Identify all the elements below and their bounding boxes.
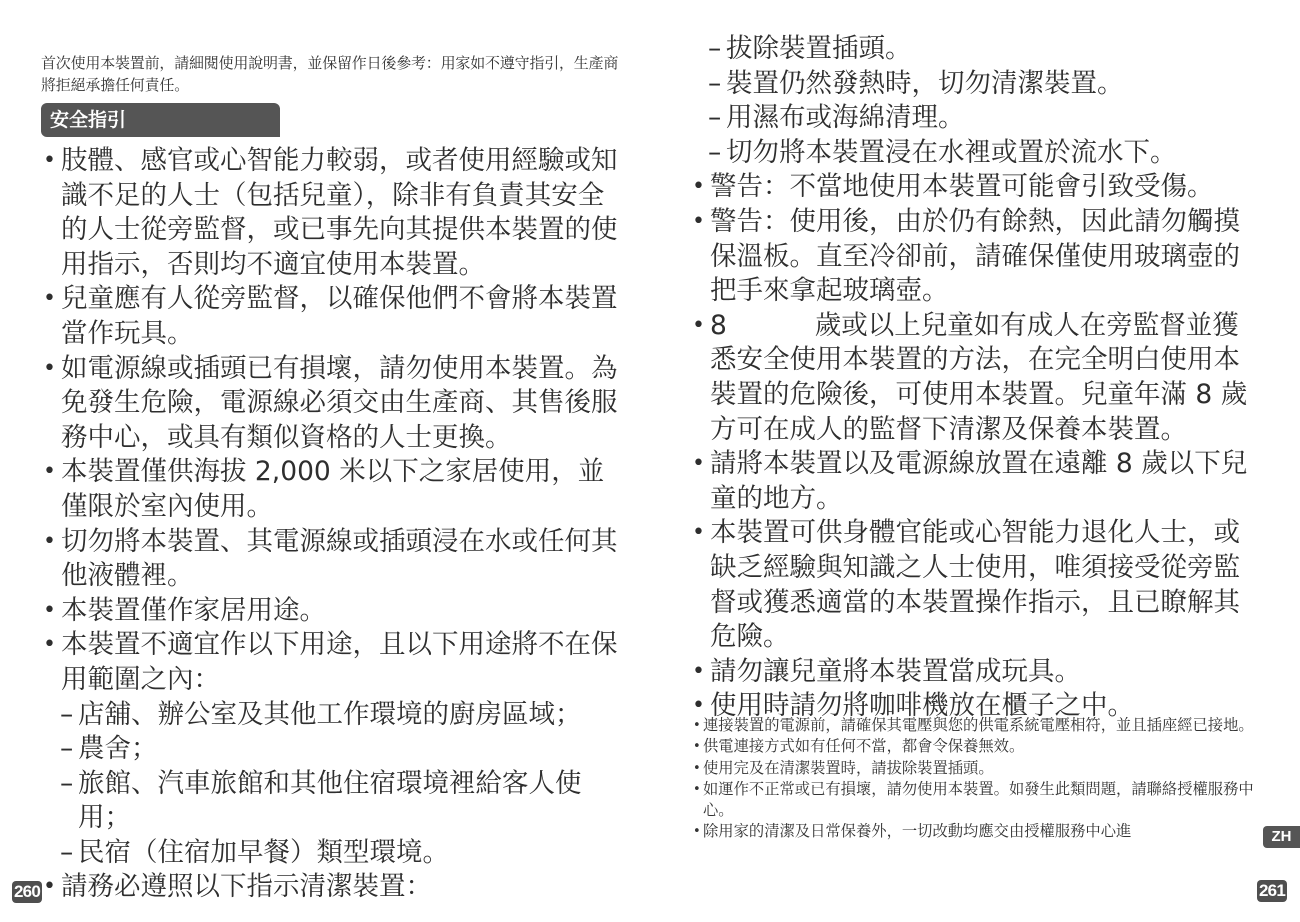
list-item-text: 如運作不正常或已有損壞，請勿使用本裝置。如發生此類問題，請聯絡授權服務中心。 xyxy=(703,780,1254,819)
list-item-text: 農舍； xyxy=(78,733,158,764)
list-item-text: 8 歲或以上兒童如有成人在旁監督並獲悉安全使用本裝置的方法，在完全明白使用本裝置… xyxy=(710,310,1247,445)
dash-icon: – xyxy=(60,836,73,871)
list-item-text: 本裝置可供身體官能或心智能力退化人士，或缺乏經驗與知識之人士使用，唯須接受從旁監… xyxy=(710,517,1240,652)
list-item-text: 警告：不當地使用本裝置可能會引致受傷。 xyxy=(710,171,1214,202)
bullet-icon: • xyxy=(43,628,56,663)
list-item: •兒童應有人從旁監督，以確保他們不會將本裝置當作玩具。 xyxy=(41,282,621,351)
list-item-text: 用濕布或海綿清理。 xyxy=(726,102,965,133)
right-small-list: •連接裝置的電源前，請確保其電壓與您的供電系統電壓相符，並且插座經已接地。 •供… xyxy=(690,715,1262,843)
intro-paragraph: 首次使用本裝置前，請細閱使用說明書，並保留作日後參考：用家如不遵守指引，生產商將… xyxy=(41,52,621,96)
sub-list-item: –拔除裝置插頭。 xyxy=(690,32,1260,67)
list-item-text: 請將本裝置以及電源線放置在遠離 8 歲以下兒童的地方。 xyxy=(710,448,1247,514)
bullet-icon: • xyxy=(43,455,56,490)
sub-list-item: –用濕布或海綿清理。 xyxy=(690,101,1260,136)
list-item-text: 使用完及在清潔裝置時，請拔除裝置插頭。 xyxy=(703,759,994,777)
list-item: •本裝置不適宜作以下用途，且以下用途將不在保用範圍之內： xyxy=(41,628,621,697)
bullet-icon: • xyxy=(692,309,705,344)
dash-icon: – xyxy=(708,101,721,136)
small-list-item: •除用家的清潔及日常保養外，一切改動均應交由授權服務中心進 xyxy=(690,821,1262,842)
list-item: •請勿讓兒童將本裝置當成玩具。 xyxy=(690,655,1260,690)
list-item-text: 店舖、辦公室及其他工作環境的廚房區域； xyxy=(78,699,582,730)
sub-list-item: –裝置仍然發熱時，切勿清潔裝置。 xyxy=(690,67,1260,102)
list-item: •肢體、感官或心智能力較弱，或者使用經驗或知識不足的人士（包括兒童），除非有負責… xyxy=(41,144,621,282)
list-item: •請將本裝置以及電源線放置在遠離 8 歲以下兒童的地方。 xyxy=(690,447,1260,516)
list-item-text: 除用家的清潔及日常保養外，一切改動均應交由授權服務中心進 xyxy=(703,822,1131,840)
list-item-text: 拔除裝置插頭。 xyxy=(726,33,912,64)
bullet-icon: • xyxy=(693,779,701,800)
list-item-text: 裝置仍然發熱時，切勿清潔裝置。 xyxy=(726,68,1124,99)
list-item-text: 如電源線或插頭已有損壞，請勿使用本裝置。為免發生危險，電源線必須交由生產商、其售… xyxy=(61,353,618,453)
list-item-text: 請務必遵照以下指示清潔裝置： xyxy=(61,871,432,902)
page-number-left: 260 xyxy=(12,881,42,903)
small-list-item: •供電連接方式如有任何不當，都會令保養無效。 xyxy=(690,736,1262,757)
dash-icon: – xyxy=(708,67,721,102)
bullet-icon: • xyxy=(693,758,701,779)
bullet-icon: • xyxy=(692,205,705,240)
bullet-icon: • xyxy=(43,525,56,560)
left-column-list: •肢體、感官或心智能力較弱，或者使用經驗或知識不足的人士（包括兒童），除非有負責… xyxy=(41,144,621,905)
list-item: •切勿將本裝置、其電源線或插頭浸在水或任何其他液體裡。 xyxy=(41,525,621,594)
bullet-icon: • xyxy=(692,447,705,482)
dash-icon: – xyxy=(60,767,73,802)
sub-list-item: –民宿（住宿加早餐）類型環境。 xyxy=(41,836,621,871)
list-item-text: 切勿將本裝置浸在水裡或置於流水下。 xyxy=(726,137,1177,168)
bullet-icon: • xyxy=(43,594,56,629)
sub-list-item: –店舖、辦公室及其他工作環境的廚房區域； xyxy=(41,698,621,733)
bullet-icon: • xyxy=(693,821,701,842)
list-item-text: 本裝置不適宜作以下用途，且以下用途將不在保用範圍之內： xyxy=(61,629,618,695)
bullet-icon: • xyxy=(692,655,705,690)
bullet-icon: • xyxy=(43,144,56,179)
list-item-text: 民宿（住宿加早餐）類型環境。 xyxy=(78,837,449,868)
right-column-list: –拔除裝置插頭。 –裝置仍然發熱時，切勿清潔裝置。 –用濕布或海綿清理。 –切勿… xyxy=(690,32,1260,724)
bullet-icon: • xyxy=(692,516,705,551)
list-item: •8 歲或以上兒童如有成人在旁監督並獲悉安全使用本裝置的方法，在完全明白使用本裝… xyxy=(690,309,1260,447)
list-item: •本裝置僅供海拔 2,000 米以下之家居使用，並僅限於室內使用。 xyxy=(41,455,621,524)
small-list-item: •如運作不正常或已有損壞，請勿使用本裝置。如發生此類問題，請聯絡授權服務中心。 xyxy=(690,779,1262,822)
dash-icon: – xyxy=(708,136,721,171)
list-item-text: 肢體、感官或心智能力較弱，或者使用經驗或知識不足的人士（包括兒童），除非有負責其… xyxy=(61,145,618,280)
list-item-text: 請勿讓兒童將本裝置當成玩具。 xyxy=(710,656,1081,687)
list-item-text: 切勿將本裝置、其電源線或插頭浸在水或任何其他液體裡。 xyxy=(61,526,618,592)
bullet-icon: • xyxy=(693,715,701,736)
bullet-icon: • xyxy=(43,870,56,905)
language-tab: ZH xyxy=(1263,826,1300,848)
bullet-icon: • xyxy=(693,736,701,757)
list-item-text: 兒童應有人從旁監督，以確保他們不會將本裝置當作玩具。 xyxy=(61,283,618,349)
page-number-right: 261 xyxy=(1257,880,1287,902)
list-item-text: 供電連接方式如有任何不當，都會令保養無效。 xyxy=(703,737,1024,755)
section-heading-safety: 安全指引 xyxy=(41,103,280,137)
dash-icon: – xyxy=(60,732,73,767)
list-item-text: 旅館、汽車旅館和其他住宿環境裡給客人使用； xyxy=(78,768,582,834)
list-item-warning: •警告：不當地使用本裝置可能會引致受傷。 xyxy=(690,170,1260,205)
sub-list-item: –農舍； xyxy=(41,732,621,767)
bullet-icon: • xyxy=(43,282,56,317)
list-item-text: 本裝置僅供海拔 2,000 米以下之家居使用，並僅限於室內使用。 xyxy=(61,456,604,522)
list-item: •請務必遵照以下指示清潔裝置： xyxy=(41,870,621,905)
list-item-text: 警告：使用後，由於仍有餘熱，因此請勿觸摸保溫板。直至冷卻前，請確保僅使用玻璃壺的… xyxy=(710,206,1240,306)
list-item-text: 連接裝置的電源前，請確保其電壓與您的供電系統電壓相符，並且插座經已接地。 xyxy=(703,716,1254,734)
dash-icon: – xyxy=(708,32,721,67)
list-item: •如電源線或插頭已有損壞，請勿使用本裝置。為免發生危險，電源線必須交由生產商、其… xyxy=(41,352,621,456)
bullet-icon: • xyxy=(43,352,56,387)
list-item: •本裝置可供身體官能或心智能力退化人士，或缺乏經驗與知識之人士使用，唯須接受從旁… xyxy=(690,516,1260,654)
sub-list-item: –切勿將本裝置浸在水裡或置於流水下。 xyxy=(690,136,1260,171)
sub-list-item: –旅館、汽車旅館和其他住宿環境裡給客人使用； xyxy=(41,767,621,836)
list-item-warning: •警告：使用後，由於仍有餘熱，因此請勿觸摸保溫板。直至冷卻前，請確保僅使用玻璃壺… xyxy=(690,205,1260,309)
list-item: •本裝置僅作家居用途。 xyxy=(41,594,621,629)
bullet-icon: • xyxy=(692,170,705,205)
small-list-item: •連接裝置的電源前，請確保其電壓與您的供電系統電壓相符，並且插座經已接地。 xyxy=(690,715,1262,736)
dash-icon: – xyxy=(60,698,73,733)
left-page: 首次使用本裝置前，請細閱使用說明書，並保留作日後參考：用家如不遵守指引，生產商將… xyxy=(0,0,650,922)
small-list-item: •使用完及在清潔裝置時，請拔除裝置插頭。 xyxy=(690,758,1262,779)
list-item-text: 本裝置僅作家居用途。 xyxy=(61,595,326,626)
